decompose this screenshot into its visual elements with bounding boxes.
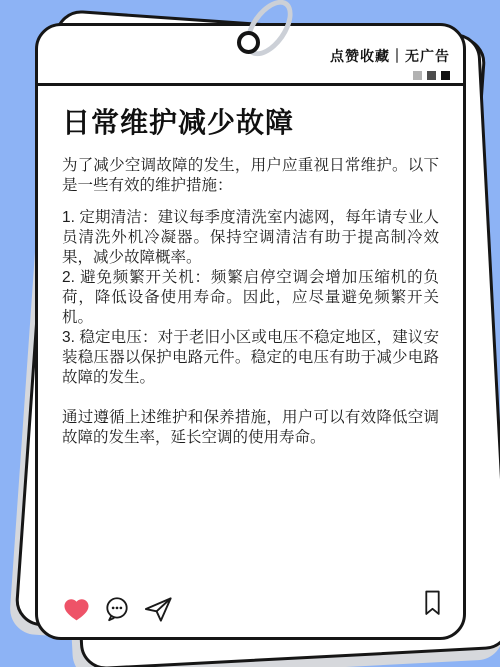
page-background: 点赞收藏｜无广告 日常维护减少故障 为了减少空调故障的发生，用户应重视日常维护。… (0, 0, 500, 667)
share-icon[interactable] (143, 596, 174, 623)
header-slogan: 点赞收藏｜无广告 (330, 46, 450, 66)
tips-list: 1. 定期清洁：建议每季度清洗室内滤网，每年请专业人员清洗外机冷凝器。保持空调清… (62, 208, 439, 388)
card-footer (38, 593, 463, 623)
square-black (441, 71, 450, 80)
comment-icon[interactable] (103, 595, 131, 623)
intro-paragraph: 为了减少空调故障的发生，用户应重视日常维护。以下是一些有效的维护措施： (62, 156, 439, 196)
square-light-gray (413, 71, 422, 80)
note-card: 点赞收藏｜无广告 日常维护减少故障 为了减少空调故障的发生，用户应重视日常维护。… (35, 23, 466, 640)
header-squares (330, 71, 450, 80)
outro-paragraph: 通过遵循上述维护和保养措施，用户可以有效降低空调故障的发生率，延长空调的使用寿命… (62, 408, 439, 448)
like-icon[interactable] (62, 596, 91, 622)
header-right-block: 点赞收藏｜无广告 (330, 46, 450, 80)
list-item-avoid-frequent-switching: 2. 避免频繁开关机：频繁启停空调会增加压缩机的负荷，降低设备使用寿命。因此，应… (62, 268, 439, 328)
card-content: 日常维护减少故障 为了减少空调故障的发生，用户应重视日常维护。以下是一些有效的维… (38, 106, 463, 448)
punch-hole-icon (237, 31, 260, 54)
page-title: 日常维护减少故障 (62, 106, 439, 140)
list-item-regular-cleaning: 1. 定期清洁：建议每季度清洗室内滤网，每年请专业人员清洗外机冷凝器。保持空调清… (62, 208, 439, 268)
list-item-stable-voltage: 3. 稳定电压：对于老旧小区或电压不稳定地区，建议安装稳压器以保护电路元件。稳定… (62, 328, 439, 388)
bookmark-icon[interactable] (422, 589, 443, 622)
square-dark-gray (427, 71, 436, 80)
action-bar (62, 595, 174, 623)
